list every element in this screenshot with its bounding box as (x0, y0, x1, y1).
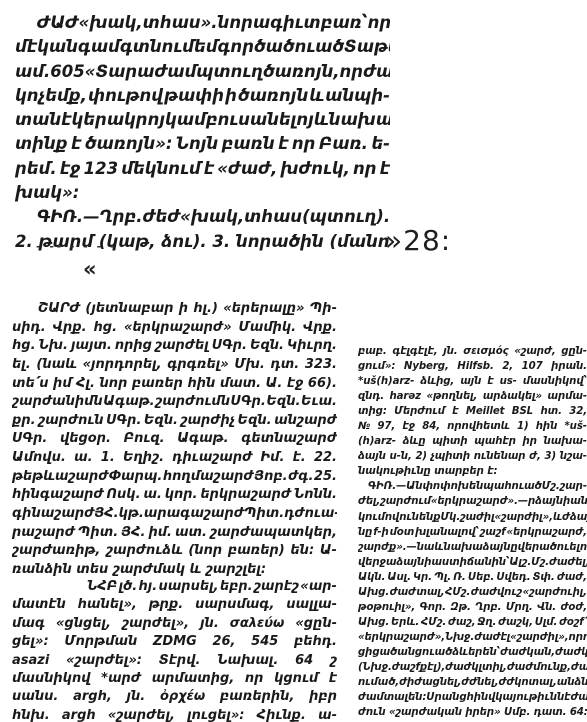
entry-zhazh-line: ԳԻՌ.—Ղրբ.ժեժ«խակ,տհաս(պտուղ). (15, 205, 390, 229)
right-etymology-paragraph: բաբ.գէլգէլէ,յն.σεισμός«շարժ,ցըն-ցում»։Ny… (358, 344, 587, 479)
gir-dialect-line: (Նխջ.ժաշfքէլ),ժաժկլտիլ,ժաժմունք,ժաժ- (358, 660, 587, 675)
entry-sharzh-line: Ամովս.ա.1.Եղիշ.դիւաշարժԻմ.է.22. (12, 449, 337, 468)
gir-dialect-line: կումովունենքՄկ.շաժիլ«շարժիլ»,ևժձայ- (358, 510, 587, 525)
entry-zhazh-line: ամ.605«Տարաժամպտուղծառոյն,որժաժ (15, 60, 390, 84)
gir-dialect-line: նըf-իմօտխլանալով՝շաշf«երկրաշարժ, (358, 525, 587, 540)
right-column: բաբ.գէլգէլէ,յն.σεισμός«շարժ,ցըն-ցում»։Ny… (358, 344, 587, 720)
entry-zhazh-line: խակ»։ (15, 181, 390, 205)
gir-dialect-line: ցիցածանցուածձևերեն՝ժաժկան,ժաժկահիլ (358, 645, 587, 660)
stray-guillemet: « (83, 257, 97, 281)
right-etymology-line: №97,էջ84,որովհետև1)հին*uš- (358, 419, 587, 434)
right-etymology-line: տից։ՄերժումէMeilletBSLհտ.32, (358, 404, 587, 419)
nhb-line: asazi«շարժել»։Տէրվ.Նախալ.64շ (12, 652, 337, 670)
right-etymology-line: ձայնu-ն,2)չպիտիունենարժ,3)նշա- (358, 449, 587, 464)
gir-dialect-line: Ախց.ժաժտալ,ՀՄշ.ժաժվուշ«շարժուիլ, (358, 585, 587, 600)
gir-dialect-line: թօթուիլ»,Գոր.Զթ.Ղրբ.Մրղ.Վն.ժօժ, (358, 600, 587, 615)
cut-text-fragment: - -- - - - - (36, 240, 117, 248)
gir-dialect-line: վերջաձայնիաստիճանին՝Ալշ.Մշ.ժաժել, (358, 555, 587, 570)
gir-dialect-line: ժել,շարժում«երկրաշարժ».—րձայնիան- (358, 494, 587, 509)
entry-zhazh-line: ԺԱԺ«խակ,տհաս».նորագիւտբառ՝որ (15, 11, 390, 35)
nhb-line: սանս.argh,յն.ὀρχέωբառերին,իբր (12, 688, 337, 706)
nhb-line: ՆՀԲլծ.հյ.սարսել,եբր.շարէշ«ար- (12, 578, 337, 596)
gir-dialect-line: Ակն.Ասլ.Կր.Պլ.Ռ.Սեբ.Սվեդ.Տփ.ժաժ, (358, 570, 587, 585)
entry-zhazh-line: մէկանգամգտնումեմգործածուածՏաթև., (15, 35, 390, 59)
entry-sharzh-line: շարժանիմնԱգաթ.շարժումնՍԳր.Եզն.Եւա. (12, 393, 337, 412)
gir-dialect-line: ԳԻՌ.—ԱնփոփոխենպահուածՄշ.շար- (358, 479, 587, 494)
entry-sharzh-line: հց.Նխ.յայտ.որիցշարժելՍԳր.Եզն.Կիւրղ. (12, 337, 337, 356)
entry-sharzh-line: քր.շարժունՍԳր.Եզն.շարժիչԵզն.անշարժ (12, 412, 337, 431)
entry-sharzh-line: ՍԳր.վեցօր.Բուզ.Ագաթ.գետնաշարժ (12, 430, 337, 449)
nhb-line: մասնիկով*արժարմատից,որկցումէ (12, 670, 337, 688)
right-etymology-line: բաբ.գէլգէլէ,յն.σεισμός«շարժ,ցըն- (358, 344, 587, 359)
gir-dialect-line: ժամտալեն։Սրանցհինվկայութիւննէժա- (358, 690, 587, 705)
entry-zhazh-line: կոչեմք,փութովթափիիծառոյնևանպի- (15, 84, 390, 108)
entry-zhazh-line: րեմ.էջ123մեկնումէ«ժաժ,խժուկ,որէ (15, 157, 390, 181)
entry-zhazh-line: տինքէծառոյն»։ՆոյնբառնէորԲառ.ե- (15, 132, 390, 156)
entry-zhazh-line: տանէկերակրոյկամբուսանելոյևնախա- (15, 108, 390, 132)
nhb-line: մատէնհանել»,թրք.սարսմագ,սալլա- (12, 596, 337, 614)
nhb-line: ցել»։ՄորթմանZDMG26,545բեհդ. (12, 633, 337, 651)
gir-dialect-line: Ախց.Երև.ՀՄշ.ժաշ,Ջղ.ժաշկ,Սլմ.ժօշf՛ (358, 615, 587, 630)
right-etymology-line: (h)arz-ձևըպիտիպահէրիրնախա- (358, 434, 587, 449)
nhb-line: հնխ.argh«շարժել,լուցել»։Հիւնք.ա- (12, 707, 337, 722)
dictionary-scan-page: ԺԱԺ«խակ,տհաս».նորագիւտբառ՝որմէկանգամգտնո… (0, 0, 587, 722)
entry-sharzh-line: հինգաշարժՈսկ.ա.կոր.երկրաշարժՆոնն. (12, 486, 337, 505)
entry-sharzh-line: տե՛սիմՀլ.նորբառերհինմատ.Ա.էջ66). (12, 375, 337, 394)
entry-zhazh-paragraph: ԺԱԺ«խակ,տհաս».նորագիւտբառ՝որմէկանգամգտնո… (15, 11, 390, 254)
gir-dialect-line: ումած,ժիժացնել,ժժնել,ժժկոտալ,անձնոր- (358, 675, 587, 690)
right-etymology-line: *uš(h)arz-ձևից,այնէus-մասնիկով՝ (358, 374, 587, 389)
nhb-line: մագ«ցնցել,շարժել»,յն.σαλεύω«ցըն- (12, 615, 337, 633)
entry-sharzh-line: սիդ.Վրք.հց.«երկրաշարժ»Մամիկ.Վրք. (12, 319, 337, 338)
gir-dialect-line: շարժք».—նաևնախաձայնըվերածուելով (358, 540, 587, 555)
right-etymology-line: զնդ.harəz«թողնել,արձակել»արմա- (358, 389, 587, 404)
entry-sharzh-line: րաշարժՊիտ.ՅՀ.իմ.ատ.շարժապատկեր, (12, 524, 337, 543)
entry-sharzh-line: ՇԱՐԺ(յետնաբարիհլ.)«երերալը»Պի- (12, 300, 337, 319)
entry-sharzh-paragraph: ՇԱՐԺ(յետնաբարիհլ.)«երերալը»Պի-սիդ.Վրք.հց… (12, 300, 337, 580)
gir-dialect-paragraph: ԳԻՌ.—ԱնփոփոխենպահուածՄշ.շար-ժել,շարժում«… (358, 479, 587, 720)
right-etymology-line: ցում»։Nyberg,Hilfsb.2,107իրան. (358, 359, 587, 374)
entry-sharzh-line: գինաշարժՅՀ.կթ.արագաշարժՊիտ.դժուա- (12, 505, 337, 524)
entry-sharzh-line: շարժառիթ,շարժուձև(նորբառեր)են։Ա- (12, 542, 337, 561)
nhb-etymology-paragraph: ՆՀԲլծ.հյ.սարսել,եբր.շարէշ«ար-մատէնհանել»… (12, 578, 337, 722)
gir-dialect-line: ժուն «շարժական իրեր» Սմբ. դատ. 64։ (358, 705, 587, 720)
right-etymology-line: նակութիւնը տարբեր է։ (358, 464, 587, 479)
entry-sharzh-line: ել.(նաև«յորդորել,գրգռել»Մխ.դտ.323. (12, 356, 337, 375)
entry-sharzh-line: թեթևաշարժՓարպ.հողմաշարժՅոբ.ժգ.25. (12, 468, 337, 487)
gir-dialect-line: «երկրաշարժ»,Նխջ.ժաժէլ«շարժիլ»,որոն- (358, 630, 587, 645)
entry-sharzh-line: ռանձին տես շարժմակ և շարշլել։ (12, 561, 337, 580)
page-number-annotation: »28: (385, 224, 451, 257)
